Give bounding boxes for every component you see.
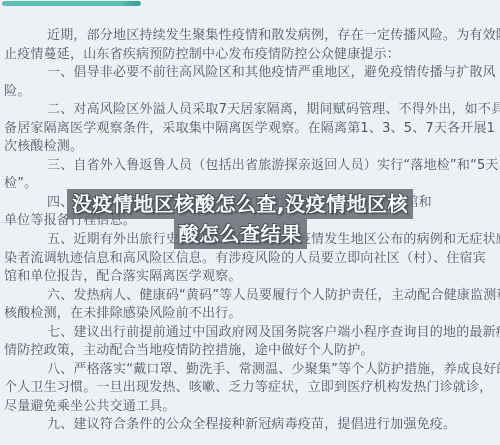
body-text-line: 九、建议符合条件的公众全程接种新冠病毒疫苗，提倡进行加强免疫。 [4,416,496,435]
article-body: 近期，部分地区持续发生聚集性疫情和散发病例，存在一定传播风险。为有效防 止疫情蔓… [4,27,496,435]
body-text-line: 五、近期有外出旅行史的人员，请及时关注疫情发生地区公布的病例和无症状感 [4,231,496,250]
body-text-line: 二、对高风险区外溢人员采取7天居家隔离，期间赋码管理、不得外出，如不具 [4,101,496,120]
body-text-line: 单位等报备行程信息。 [4,212,496,231]
body-text-line: 险。 [4,83,496,102]
body-text-line: 备居家隔离医学观察条件，采取集中隔离医学观察。在隔离第1、3、5、7天各开展1 [4,120,496,139]
body-text-line: 情防控政策，主动配合当地疫情防控措施，途中做好个人防护。 [4,342,496,361]
body-text-line: 止疫情蔓延，山东省疾病预防控制中心发布疫情防控公众健康提示： [4,46,496,65]
progress-bar [2,1,141,6]
body-text-line: 馆和单位报告，配合落实隔离医学观察。 [4,268,496,287]
body-text-line: 检”。 [4,175,496,194]
document-page: 近期，部分地区持续发生聚集性疫情和散发病例，存在一定传播风险。为有效防 止疫情蔓… [0,0,500,445]
body-text-line: 尽量避免乘坐公共交通工具。 [4,398,496,417]
body-text-line: 六、发热病人、健康码“黄码”等人员要履行个人防护责任，主动配合健康监测和 [4,287,496,306]
body-text-line: 个人卫生习惯。一旦出现发热、咳嗽、乏力等症状，立即到医疗机构发热门诊就诊， [4,379,496,398]
body-text-line: 染者流调轨迹信息和高风险区信息。有涉疫风险的人员要立即向社区（村）、住宿宾 [4,250,496,269]
body-text-line: 七、建议出行前提前通过中国政府网及国务院客户端小程序查询目的地的最新疫 [4,324,496,343]
body-text-line: 一、倡导非必要不前往高风险区和其他疫情严重地区，避免疫情传播与扩散风 [4,64,496,83]
body-text-line: 八、严格落实“戴口罩、勤洗手、常测温、少聚集”等个人防护措施，养成良好的 [4,361,496,380]
body-text-line: 核酸检测，在未排除感染风险前不出行。 [4,305,496,324]
body-text-line: 近期，部分地区持续发生聚集性疫情和散发病例，存在一定传播风险。为有效防 [4,27,496,46]
body-text-line: 四、省外入鲁返鲁人员要提前3天向目的地社区（村）、住宿宾馆和 [4,194,496,213]
body-text-line: 三、自省外入鲁返鲁人员（包括出省旅游探亲返回人员）实行“落地检”和“5天3 [4,157,496,176]
body-text-line: 次核酸检测。 [4,138,496,157]
